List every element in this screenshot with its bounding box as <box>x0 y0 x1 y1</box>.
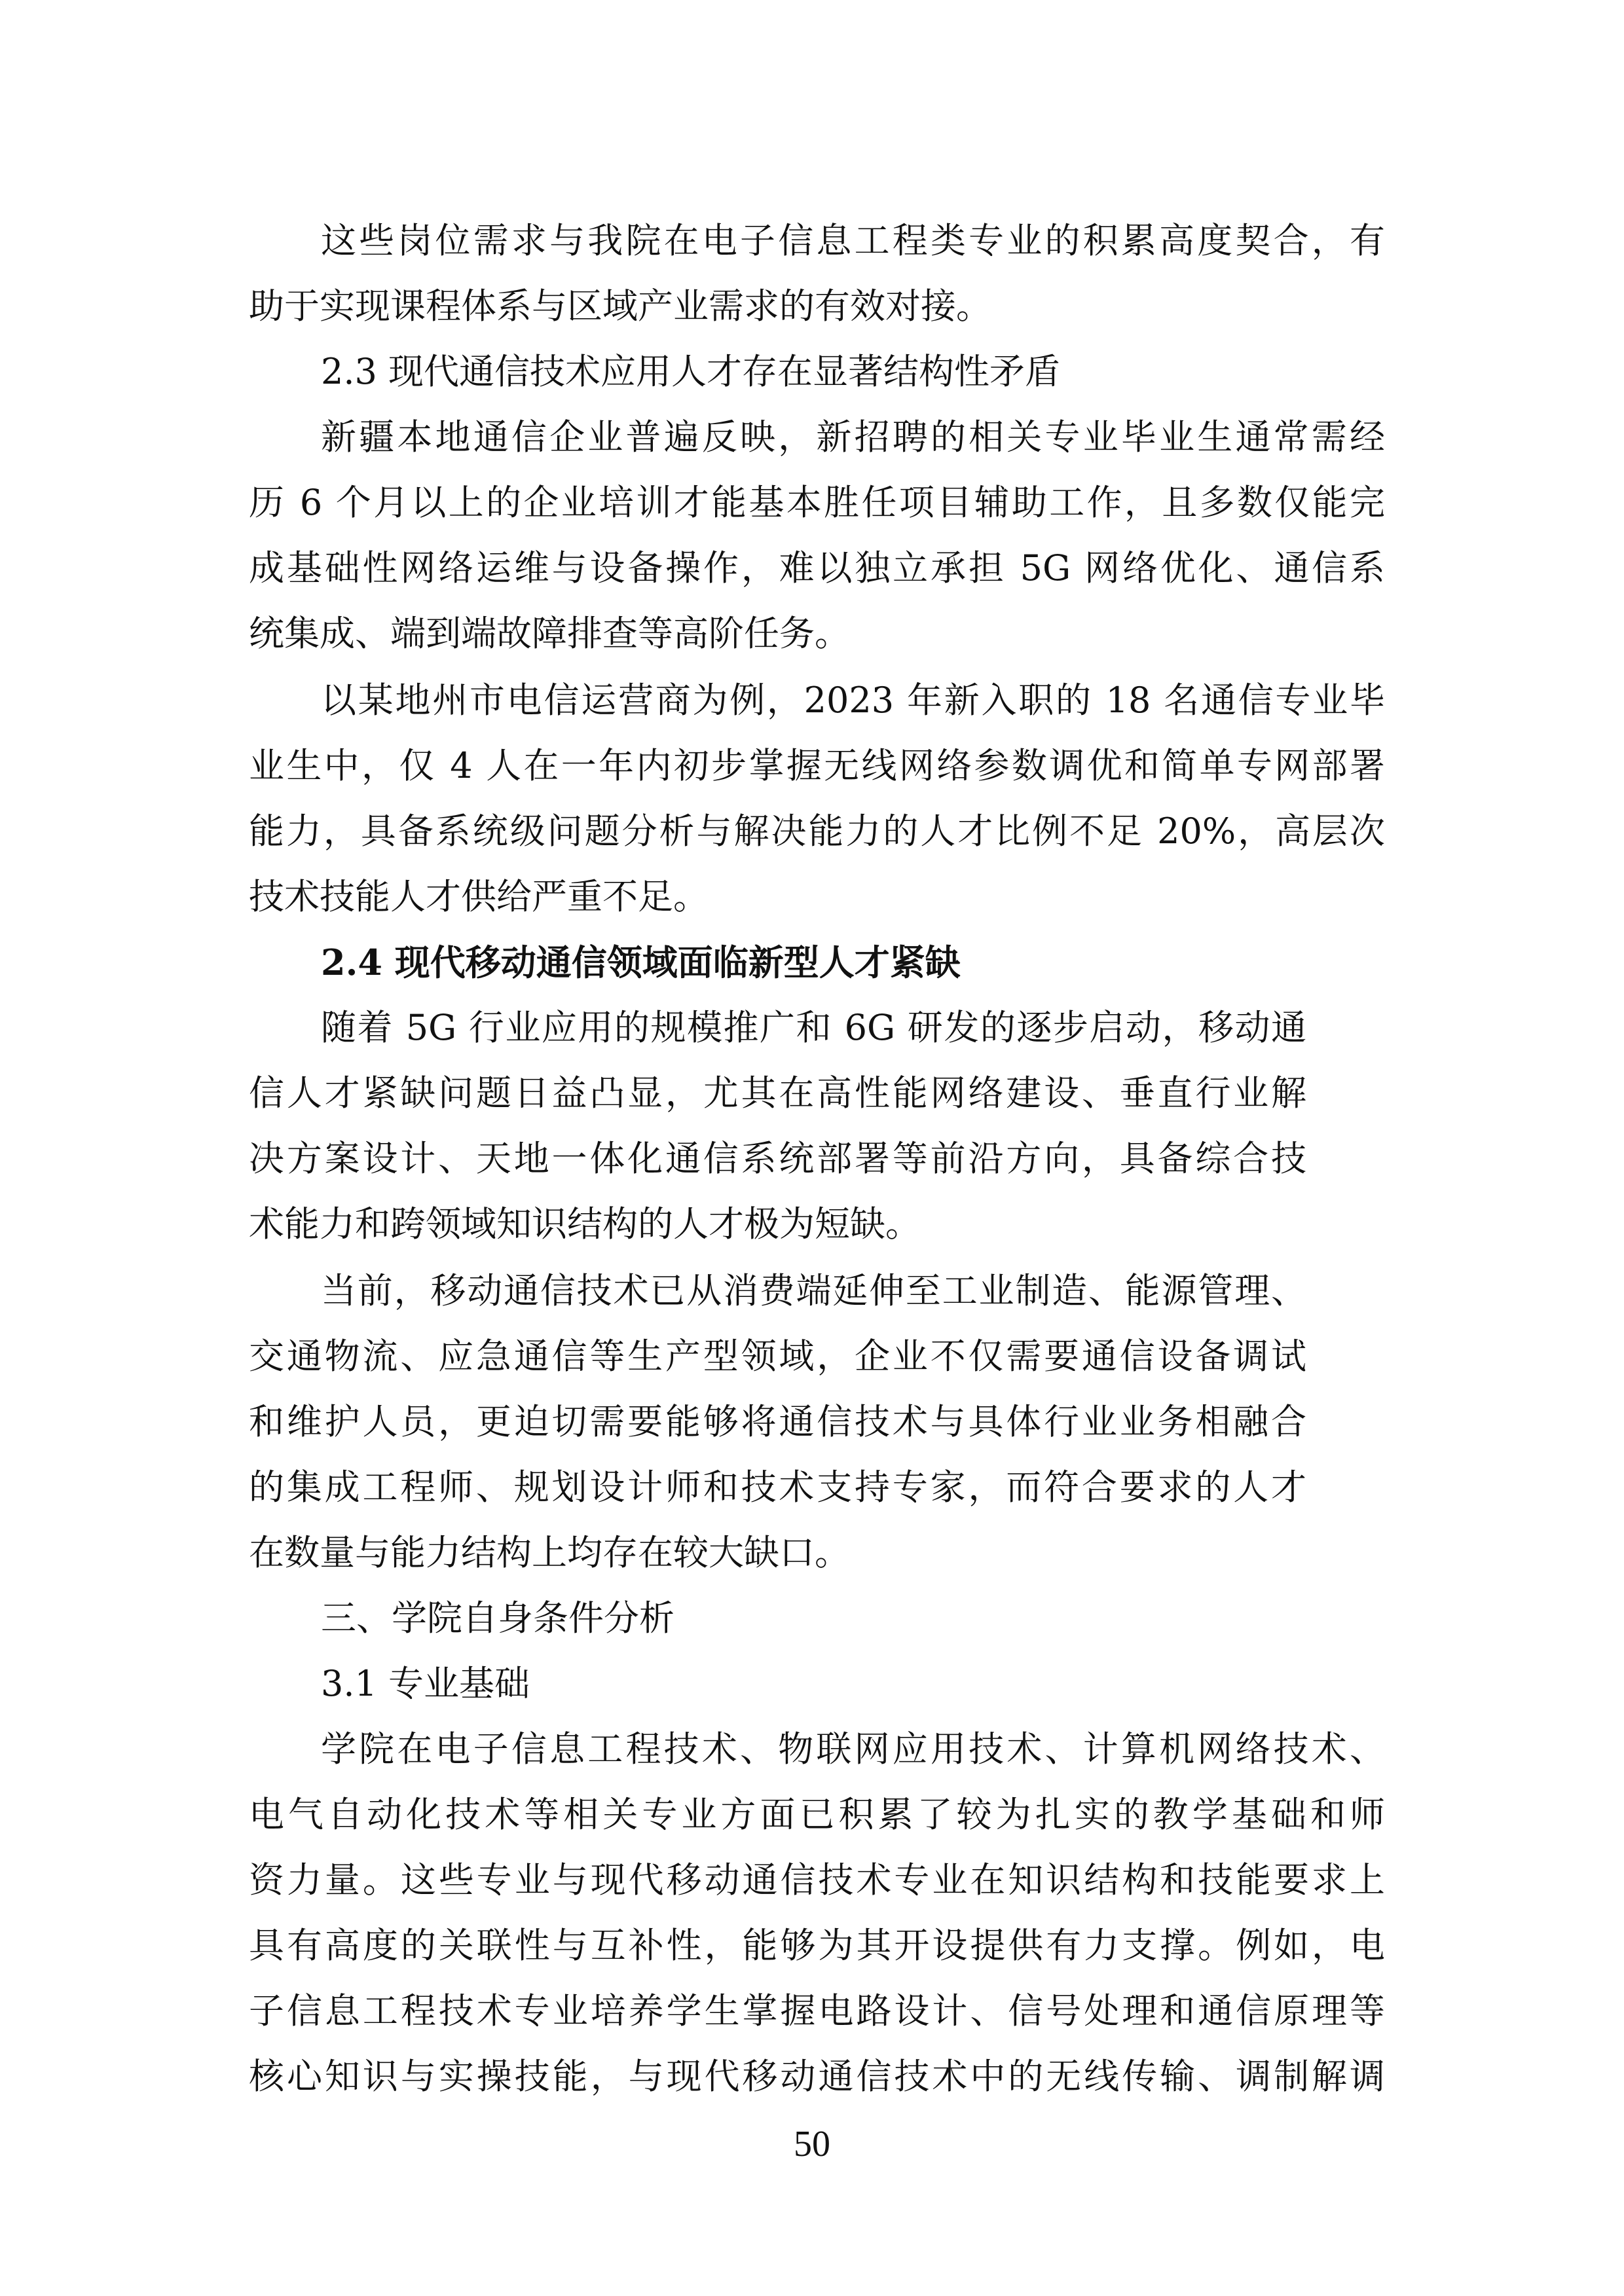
text-line: 资力量。这些专业与现代移动通信技术专业在知识结构和技能要求上 <box>249 1848 1385 1913</box>
text-line: 在数量与能力结构上均存在较大缺口。 <box>249 1520 850 1586</box>
text-line: 成基础性网络运维与设备操作，难以独立承担 5G 网络优化、通信系 <box>249 536 1385 601</box>
text-line: 的集成工程师、规划设计师和技术支持专家，而符合要求的人才 <box>249 1455 1306 1520</box>
text-line: 统集成、端到端故障排查等高阶任务。 <box>249 601 850 666</box>
text-line: 助于实现课程体系与区域产业需求的有效对接。 <box>249 274 991 339</box>
document-page: 50 这些岗位需求与我院在电子信息工程类专业的积累高度契合，有助于实现课程体系与… <box>0 0 1624 2296</box>
text-line: 这些岗位需求与我院在电子信息工程类专业的积累高度契合，有 <box>321 208 1385 274</box>
text-line: 学院在电子信息工程技术、物联网应用技术、计算机网络技术、 <box>321 1717 1385 1782</box>
text-line: 历 6 个月以上的企业培训才能基本胜任项目辅助工作，且多数仅能完 <box>249 470 1385 536</box>
text-line: 以某地州市电信运营商为例，2023 年新入职的 18 名通信专业毕 <box>321 668 1385 733</box>
page-number: 50 <box>0 2118 1624 2170</box>
heading-2-3: 2.3 现代通信技术应用人才存在显著结构性矛盾 <box>321 339 1060 405</box>
text-line: 决方案设计、天地一体化通信系统部署等前沿方向，具备综合技 <box>249 1126 1306 1192</box>
heading-3: 三、学院自身条件分析 <box>321 1586 674 1651</box>
text-line: 业生中，仅 4 人在一年内初步掌握无线网络参数调优和简单专网部署 <box>249 733 1385 799</box>
text-line: 技术技能人才供给严重不足。 <box>249 864 709 930</box>
text-line: 电气自动化技术等相关专业方面已积累了较为扎实的教学基础和师 <box>249 1782 1385 1848</box>
text-line: 随着 5G 行业应用的规模推广和 6G 研发的逐步启动，移动通 <box>321 995 1306 1061</box>
text-line: 术能力和跨领域知识结构的人才极为短缺。 <box>249 1192 921 1257</box>
text-line: 新疆本地通信企业普遍反映，新招聘的相关专业毕业生通常需经 <box>321 405 1385 470</box>
text-line: 具有高度的关联性与互补性，能够为其开设提供有力支撑。例如，电 <box>249 1913 1385 1978</box>
text-line: 核心知识与实操技能，与现代移动通信技术中的无线传输、调制解调 <box>249 2044 1385 2109</box>
text-line: 交通物流、应急通信等生产型领域，企业不仅需要通信设备调试 <box>249 1324 1306 1389</box>
heading-3-1: 3.1 专业基础 <box>321 1651 530 1717</box>
text-line: 子信息工程技术专业培养学生掌握电路设计、信号处理和通信原理等 <box>249 1978 1385 2044</box>
heading-2-4: 2.4 现代移动通信领域面临新型人才紧缺 <box>321 930 961 995</box>
text-line: 和维护人员，更迫切需要能够将通信技术与具体行业业务相融合 <box>249 1389 1306 1455</box>
text-line: 当前，移动通信技术已从消费端延伸至工业制造、能源管理、 <box>321 1258 1306 1324</box>
text-line: 信人才紧缺问题日益凸显，尤其在高性能网络建设、垂直行业解 <box>249 1061 1306 1126</box>
text-line: 能力，具备系统级问题分析与解决能力的人才比例不足 20%，高层次 <box>249 799 1385 864</box>
